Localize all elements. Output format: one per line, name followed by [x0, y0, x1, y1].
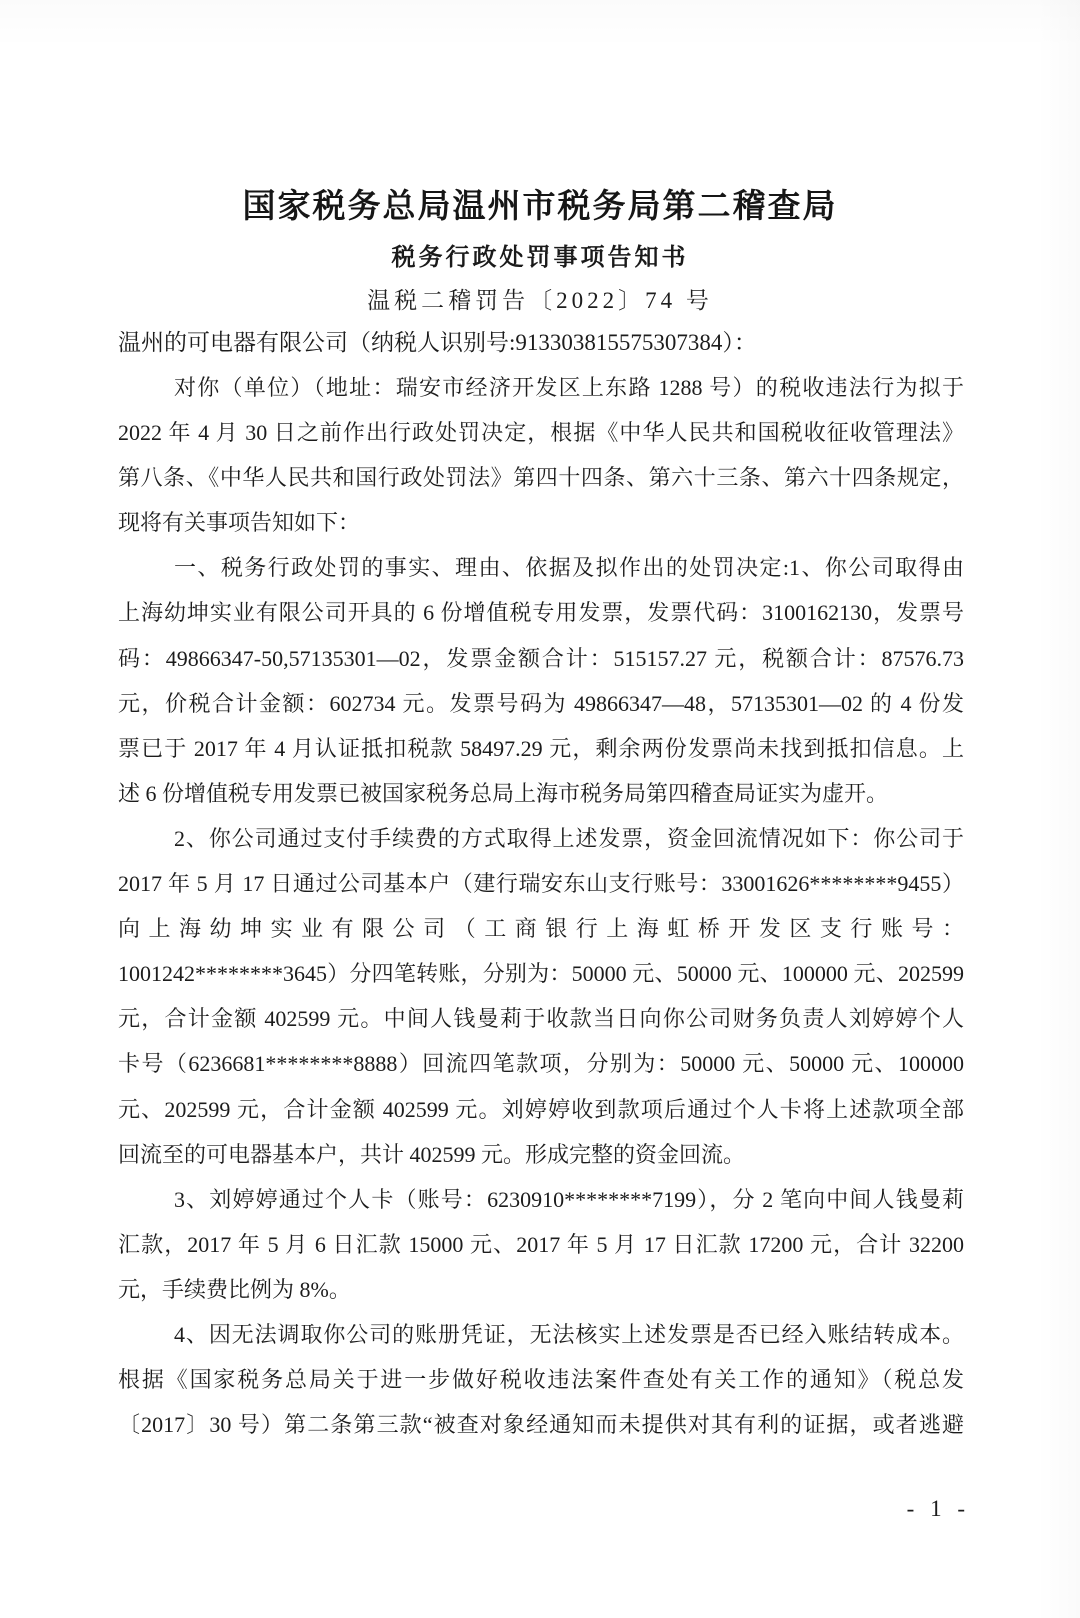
body-line: 〔2017〕30 号）第二条第三款“被查对象经通知而未提供对其有利的证据，或者逃…: [118, 1402, 964, 1447]
body-line: 码：49866347-50,57135301—02，发票金额合计：515157.…: [118, 636, 964, 681]
body-line: 1001242********3645）分四笔转账，分别为：50000 元、50…: [118, 951, 964, 996]
body-line: 汇款，2017 年 5 月 6 日汇款 15000 元、2017 年 5 月 1…: [118, 1222, 964, 1267]
document-page: 国家税务总局温州市税务局第二稽查局 税务行政处罚事项告知书 温税二稽罚告〔202…: [0, 0, 1080, 1618]
body-line: 元，价税合计金额：602734 元。发票号码为 49866347—48，5713…: [118, 681, 964, 726]
body-line: 元，手续费比例为 8%。: [118, 1267, 964, 1312]
body-line: 元、202599 元，合计金额 402599 元。刘婷婷收到款项后通过个人卡将上…: [118, 1087, 964, 1132]
page-number: - 1 -: [907, 1496, 970, 1522]
body-line: 元，合计金额 402599 元。中间人钱曼莉于收款当日向你公司财务负责人刘婷婷个…: [118, 996, 964, 1041]
body-line: 4、因无法调取你公司的账册凭证，无法核实上述发票是否已经入账结转成本。: [118, 1312, 964, 1357]
body-line: 第八条、《中华人民共和国行政处罚法》第四十四条、第六十三条、第六十四条规定，: [118, 455, 964, 500]
body-line: 2、你公司通过支付手续费的方式取得上述发票，资金回流情况如下：你公司于: [118, 816, 964, 861]
body-line: 2017 年 5 月 17 日通过公司基本户（建行瑞安东山支行账号：330016…: [118, 861, 964, 906]
body-line: 一、税务行政处罚的事实、理由、依据及拟作出的处罚决定:1、你公司取得由: [118, 545, 964, 590]
body-line: 对你（单位）（地址：瑞安市经济开发区上东路 1288 号）的税收违法行为拟于: [118, 365, 964, 410]
document-number: 温税二稽罚告〔2022〕74 号: [0, 282, 1080, 315]
body-line: 上海幼坤实业有限公司开具的 6 份增值税专用发票，发票代码：3100162130…: [118, 590, 964, 635]
document-body: 对你（单位）（地址：瑞安市经济开发区上东路 1288 号）的税收违法行为拟于20…: [118, 365, 964, 1447]
body-line: 向上海幼坤实业有限公司（工商银行上海虹桥开发区支行账号：: [118, 906, 964, 951]
body-line: 卡号（6236681********8888）回流四笔款项，分别为：50000 …: [118, 1041, 964, 1086]
body-line: 票已于 2017 年 4 月认证抵扣税款 58497.29 元，剩余两份发票尚未…: [118, 726, 964, 771]
addressee-line: 温州的可电器有限公司（纳税人识别号:913303815575307384）：: [118, 324, 964, 357]
body-line: 根据《国家税务总局关于进一步做好税收违法案件查处有关工作的通知》（税总发: [118, 1357, 964, 1402]
document-title: 国家税务总局温州市税务局第二稽查局: [0, 180, 1080, 227]
body-line: 3、刘婷婷通过个人卡（账号：6230910********7199），分 2 笔…: [118, 1177, 964, 1222]
body-line: 述 6 份增值税专用发票已被国家税务总局上海市税务局第四稽查局证实为虚开。: [118, 771, 964, 816]
document-subtitle: 税务行政处罚事项告知书: [0, 237, 1080, 272]
body-line: 回流至的可电器基本户，共计 402599 元。形成完整的资金回流。: [118, 1132, 964, 1177]
body-line: 2022 年 4 月 30 日之前作出行政处罚决定，根据《中华人民共和国税收征收…: [118, 410, 964, 455]
body-line: 现将有关事项告知如下：: [118, 500, 964, 545]
